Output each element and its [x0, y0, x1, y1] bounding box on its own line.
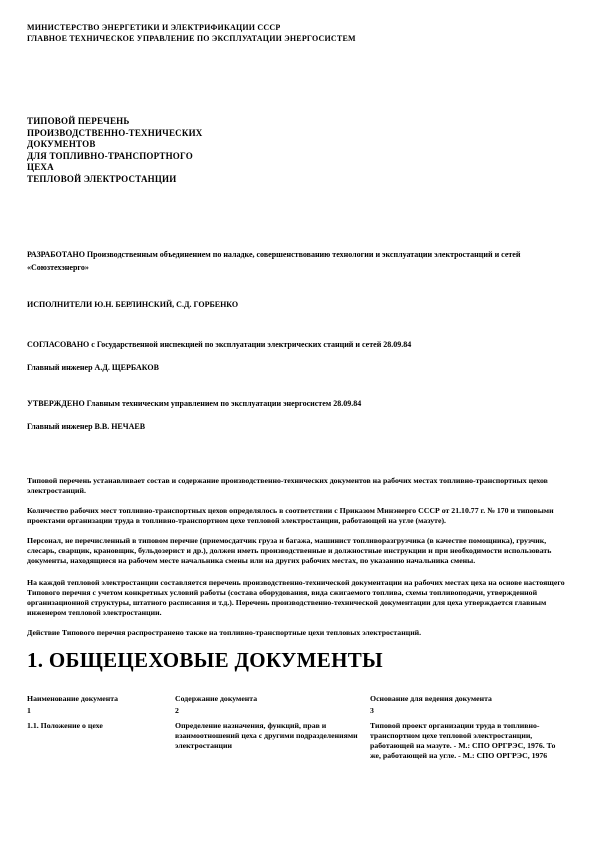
table-column-number-1: 1	[27, 706, 175, 716]
ministry-header: МИНИСТЕРСТВО ЭНЕРГЕТИКИ И ЭЛЕКТРИФИКАЦИИ…	[27, 22, 579, 44]
executors-note: ИСПОЛНИТЕЛИ Ю.Н. БЕРЛИНСКИЙ, С.Д. ГОРБЕН…	[27, 298, 579, 311]
document-page: МИНИСТЕРСТВО ЭНЕРГЕТИКИ И ЭЛЕКТРИФИКАЦИИ…	[0, 0, 595, 842]
table-header-basis: Основание для ведения документа	[370, 694, 579, 704]
document-title: ТИПОВОЙ ПЕРЕЧЕНЬ ПРОИЗВОДСТВЕННО-ТЕХНИЧЕ…	[27, 116, 579, 185]
intro-text: Типовой перечень устанавливает состав и …	[27, 476, 579, 638]
table-column-number-2: 2	[175, 706, 370, 716]
table-row-name: 1.1. Положение о цехе	[27, 721, 175, 761]
ministry-header-line1: МИНИСТЕРСТВО ЭНЕРГЕТИКИ И ЭЛЕКТРИФИКАЦИИ…	[27, 22, 579, 33]
table-row-basis: Типовой проект организации труда в топли…	[370, 721, 579, 761]
title-line: ТИПОВОЙ ПЕРЕЧЕНЬ	[27, 116, 579, 128]
agreed-signer: Главный инженер А.Д. ЩЕРБАКОВ	[27, 362, 579, 373]
table-column-number-3: 3	[370, 706, 579, 716]
documents-table: Наименование документа Содержание докуме…	[27, 694, 579, 761]
title-line: ДЛЯ ТОПЛИВНО-ТРАНСПОРТНОГО	[27, 151, 579, 163]
title-line: ДОКУМЕНТОВ	[27, 139, 579, 151]
table-header-name: Наименование документа	[27, 694, 175, 704]
intro-paragraph-1: Типовой перечень устанавливает состав и …	[27, 476, 569, 496]
table-header-content: Содержание документа	[175, 694, 370, 704]
approved-note: УТВЕРЖДЕНО Главным техническим управлени…	[27, 397, 579, 410]
intro-paragraph-2: Количество рабочих мест топливно-транспо…	[27, 506, 569, 526]
intro-paragraph-3: Персонал, не перечисленный в типовом пер…	[27, 536, 569, 566]
developed-note: РАЗРАБОТАНО Производственным объединение…	[27, 248, 579, 274]
ministry-header-line2: ГЛАВНОЕ ТЕХНИЧЕСКОЕ УПРАВЛЕНИЕ ПО ЭКСПЛУ…	[27, 33, 579, 44]
agreed-note: СОГЛАСОВАНО с Государственной инспекцией…	[27, 338, 579, 351]
intro-paragraph-5: Действие Типового перечня распространено…	[27, 628, 569, 638]
table-row-content: Определение назначения, функций, прав и …	[175, 721, 370, 761]
title-line: ПРОИЗВОДСТВЕННО-ТЕХНИЧЕСКИХ	[27, 128, 579, 140]
section-heading: 1. ОБЩЕЦЕХОВЫЕ ДОКУМЕНТЫ	[27, 648, 579, 673]
intro-paragraph-4: На каждой тепловой электростанции состав…	[27, 578, 569, 618]
title-line: ТЕПЛОВОЙ ЭЛЕКТРОСТАНЦИИ	[27, 174, 579, 186]
title-line: ЦЕХА	[27, 162, 579, 174]
approved-signer: Главный инженер В.В. НЕЧАЕВ	[27, 421, 579, 432]
